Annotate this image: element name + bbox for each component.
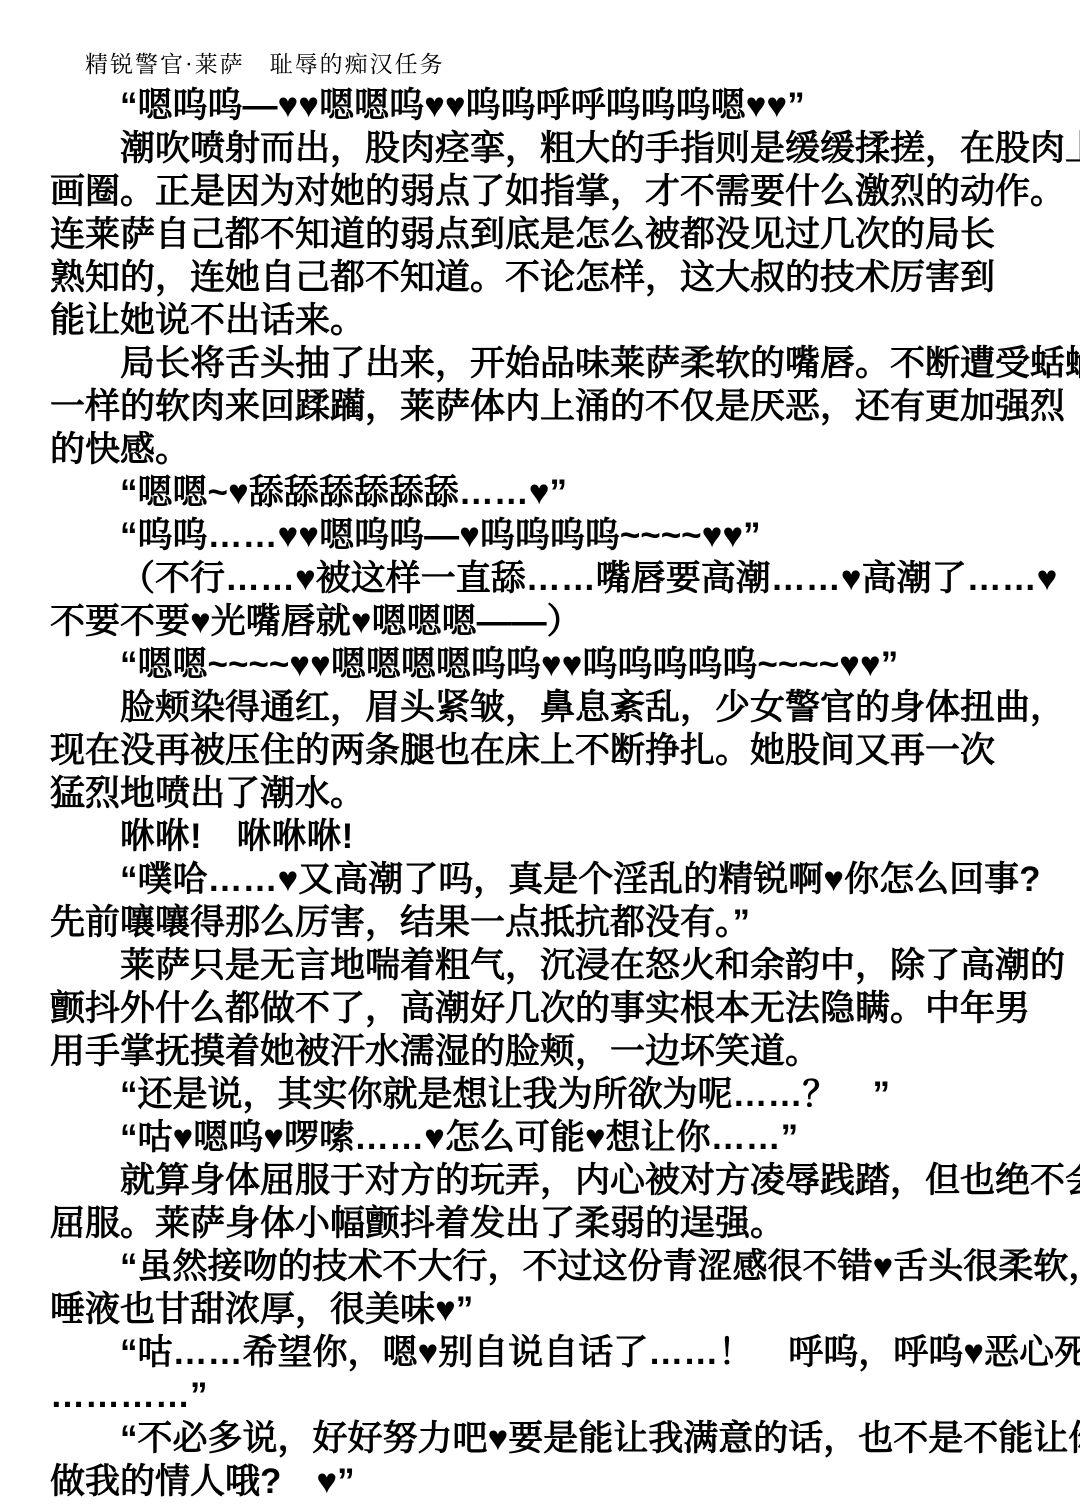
text-line: 能让她说不出话来。 [50, 299, 1040, 342]
text-line: 先前嚷嚷得那么厉害，结果一点抵抗都没有。” [50, 901, 1040, 944]
text-line: 潮吹喷射而出，股肉痉挛，粗大的手指则是缓缓揉搓，在股肉上 [50, 127, 1040, 170]
text-line: 连莱萨自己都不知道的弱点到底是怎么被都没见过几次的局长 [50, 213, 1040, 256]
text-line: 画圈。正是因为对她的弱点了如指掌，才不需要什么激烈的动作。 [50, 170, 1040, 213]
text-line: “嗯呜呜—♥♥嗯嗯呜♥♥呜呜呼呼呜呜呜嗯♥♥” [50, 84, 1040, 127]
text-line: “还是说，其实你就是想让我为所欲为呢……？ ” [50, 1073, 1040, 1116]
text-line: 屈服。莱萨身体小幅颤抖着发出了柔弱的逞强。 [50, 1202, 1040, 1245]
text-line: “嗯嗯~♥舔舔舔舔舔舔……♥” [50, 471, 1040, 514]
text-line: “不必多说，好好努力吧♥要是能让我满意的话，也不是不能让你 [50, 1417, 1040, 1460]
text-line: 不要不要♥光嘴唇就♥嗯嗯嗯——） [50, 600, 1040, 643]
text-line: 的快感。 [50, 428, 1040, 471]
text-line: …………” [50, 1374, 1040, 1417]
text-line: 现在没再被压住的两条腿也在床上不断挣扎。她股间又再一次 [50, 729, 1040, 772]
text-line: 就算身体屈服于对方的玩弄，内心被对方凌辱践踏，但也绝不会 [50, 1159, 1040, 1202]
text-line: 颤抖外什么都做不了，高潮好几次的事实根本无法隐瞒。中年男 [50, 987, 1040, 1030]
text-line: 莱萨只是无言地喘着粗气，沉浸在怒火和余韵中，除了高潮的 [50, 944, 1040, 987]
text-line: （不行……♥被这样一直舔……嘴唇要高潮……♥高潮了……♥ [50, 557, 1040, 600]
text-line: 用手掌抚摸着她被汗水濡湿的脸颊，一边坏笑道。 [50, 1030, 1040, 1073]
text-line: 一样的软肉来回蹂躏，莱萨体内上涌的不仅是厌恶，还有更加强烈 [50, 385, 1040, 428]
text-line: “咕♥嗯呜♥啰嗦……♥怎么可能♥想让你……” [50, 1116, 1040, 1159]
text-line: 猛烈地喷出了潮水。 [50, 772, 1040, 815]
text-line: “呜呜……♥♥嗯呜呜—♥呜呜呜呜~~~~♥♥” [50, 514, 1040, 557]
text-line: 咻咻! 咻咻咻! [50, 815, 1040, 858]
text-line: “嗯嗯~~~~♥♥嗯嗯嗯嗯呜呜♥♥呜呜呜呜呜~~~~♥♥” [50, 643, 1040, 686]
text-line: 做我的情人哦? ♥” [50, 1460, 1040, 1503]
text-line: 脸颊染得通红，眉头紧皱，鼻息紊乱，少女警官的身体扭曲， [50, 686, 1040, 729]
text-line: “噗哈……♥又高潮了吗，真是个淫乱的精锐啊♥你怎么回事? [50, 858, 1040, 901]
text-line: “咕……希望你，嗯♥别自说自话了……！ 呼呜，呼呜♥恶心死了 [50, 1331, 1040, 1374]
document-page: 精锐警官·莱萨 耻辱的痴汉任务 “嗯呜呜—♥♥嗯嗯呜♥♥呜呜呼呼呜呜呜嗯♥♥”潮… [0, 0, 1080, 1512]
page-header-title: 精锐警官·莱萨 耻辱的痴汉任务 [85, 46, 445, 79]
text-body: “嗯呜呜—♥♥嗯嗯呜♥♥呜呜呼呼呜呜呜嗯♥♥”潮吹喷射而出，股肉痉挛，粗大的手指… [50, 84, 1040, 1503]
text-line: 熟知的，连她自己都不知道。不论怎样，这大叔的技术厉害到 [50, 256, 1040, 299]
text-line: 局长将舌头抽了出来，开始品味莱萨柔软的嘴唇。不断遭受蛞蝓 [50, 342, 1040, 385]
text-line: “虽然接吻的技术不大行，不过这份青涩感很不错♥舌头很柔软， [50, 1245, 1040, 1288]
text-line: 唾液也甘甜浓厚，很美味♥” [50, 1288, 1040, 1331]
